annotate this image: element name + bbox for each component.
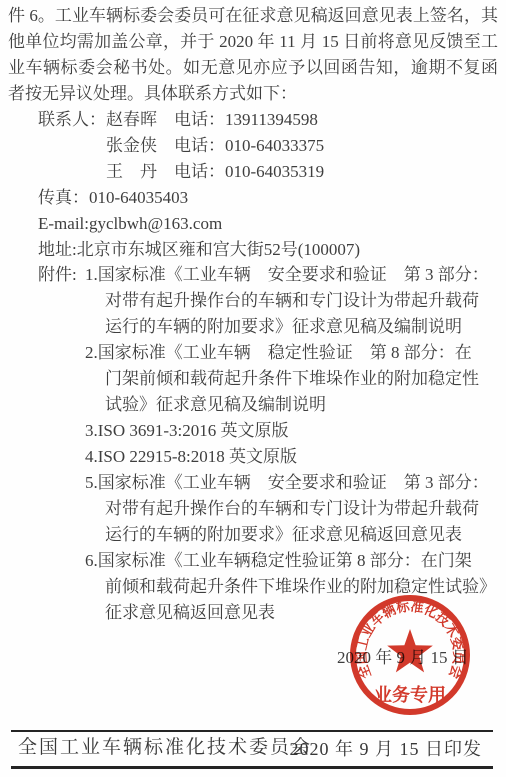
attachments-block: 附件: 1.国家标准《工业车辆 安全要求和验证 第 3 部分： 对带有起升操作台… <box>38 262 498 626</box>
contact-person-third: 王 丹 电话：010-64035319 <box>106 159 498 185</box>
contact-block: 联系人：赵春晖 电话：13911394598 张金侠 电话：010-640333… <box>38 107 498 263</box>
contact-person-second: 张金侠 电话：010-64033375 <box>106 133 498 159</box>
attachment-item-1: 1.国家标准《工业车辆 安全要求和验证 第 3 部分： 对带有起升操作台的车辆和… <box>85 262 498 340</box>
footer-print-date: 2020 年 9 月 15 日印发 <box>290 736 483 762</box>
stamp-bottom-text: 业务专用 <box>374 684 446 705</box>
attachment-line: 对带有起升操作台的车辆和专门设计为带起升载荷 <box>85 496 498 522</box>
footer-bottom-rule <box>11 766 493 769</box>
paragraph: 件 6。工业车辆标委会委员可在征求意见稿返回意见表上签名，其 他单位均需加盖公章… <box>8 3 498 107</box>
scanned-document-page: { "doc": { "paragraph": { "lines": [ "件 … <box>0 0 506 777</box>
paragraph-line: 业车辆标委会秘书处。如无意见亦应予以回函告知，逾期不复函 <box>8 55 498 81</box>
official-stamp: 全国工业车辆标准化技术委员会 业务专用 <box>340 585 480 725</box>
attachment-item-2: 2.国家标准《工业车辆 稳定性验证 第 8 部分：在 门架前倾和载荷起升条件下堆… <box>85 340 498 418</box>
attachment-item-4: 4.ISO 22915-8:2018 英文原版 <box>85 444 498 470</box>
contact-person-primary: 联系人：赵春晖 电话：13911394598 <box>38 107 498 133</box>
attachment-line: 6.国家标准《工业车辆稳定性验证第 8 部分：在门架 <box>85 548 498 574</box>
paragraph-line: 他单位均需加盖公章，并于 2020 年 11 月 15 日前将意见反馈至工 <box>8 29 498 55</box>
contact-email: E-mail:gyclbwh@163.com <box>38 211 498 237</box>
footer-issuer: 全国工业车辆标准化技术委员会 <box>18 735 312 761</box>
attachment-line: 3.ISO 3691-3:2016 英文原版 <box>85 418 498 444</box>
attachment-line: 试验》征求意见稿及编制说明 <box>85 392 498 418</box>
attachment-line: 2.国家标准《工业车辆 稳定性验证 第 8 部分：在 <box>85 340 498 366</box>
paragraph-line: 者按无异议处理。具体联系方式如下： <box>8 81 498 107</box>
attachment-line: 运行的车辆的附加要求》征求意见稿及编制说明 <box>85 314 498 340</box>
paragraph-line: 件 6。工业车辆标委会委员可在征求意见稿返回意见表上签名，其 <box>8 3 498 29</box>
attachment-line: 5.国家标准《工业车辆 安全要求和验证 第 3 部分： <box>85 470 498 496</box>
attachment-line: 运行的车辆的附加要求》征求意见稿返回意见表 <box>85 522 498 548</box>
attachment-item-3: 3.ISO 3691-3:2016 英文原版 <box>85 418 498 444</box>
attachment-line: 4.ISO 22915-8:2018 英文原版 <box>85 444 498 470</box>
attachments-label: 附件: <box>38 262 77 288</box>
attachment-line: 门架前倾和载荷起升条件下堆垛作业的附加稳定性 <box>85 366 498 392</box>
contact-fax: 传真：010-64035403 <box>38 185 498 211</box>
footer-top-rule <box>11 730 493 732</box>
attachment-line: 1.国家标准《工业车辆 安全要求和验证 第 3 部分： <box>85 262 498 288</box>
attachment-line: 对带有起升操作台的车辆和专门设计为带起升载荷 <box>85 288 498 314</box>
contact-address: 地址:北京市东城区雍和宫大街52号(100007) <box>38 237 498 263</box>
stamp-star-icon <box>387 629 433 672</box>
attachment-item-5: 5.国家标准《工业车辆 安全要求和验证 第 3 部分： 对带有起升操作台的车辆和… <box>85 470 498 548</box>
